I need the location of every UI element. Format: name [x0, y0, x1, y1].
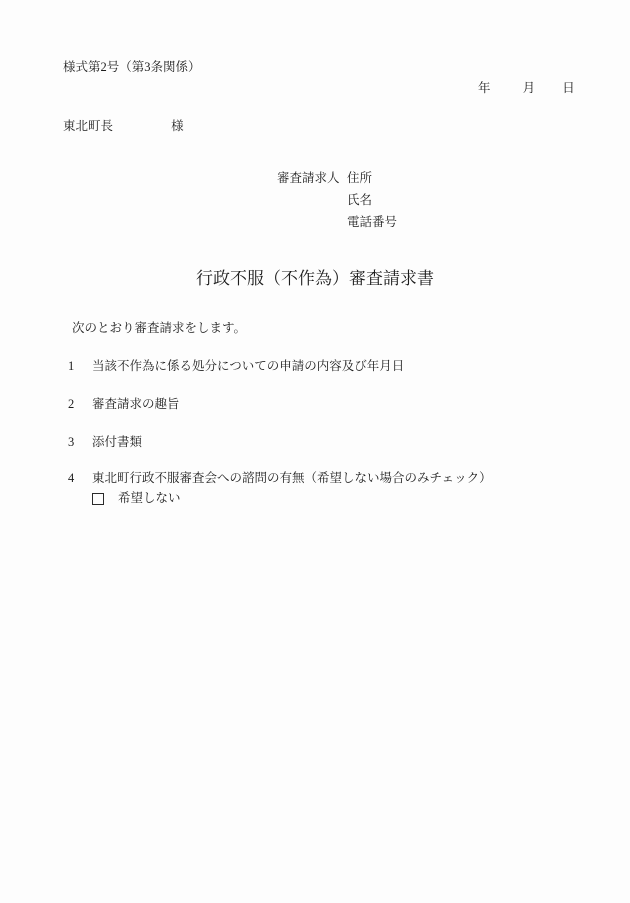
document-title: 行政不服（不作為）審査請求書 — [0, 269, 630, 289]
item-number: 2 — [68, 397, 92, 412]
requester-fields: 住所 氏名 電話番号 — [347, 171, 397, 237]
addressee-line: 東北町長 様 — [63, 119, 184, 134]
item-number: 1 — [68, 359, 92, 374]
requester-label: 審査請求人 — [277, 171, 347, 237]
no-referral-checkbox[interactable] — [92, 493, 104, 505]
date-year-label: 年 — [478, 81, 491, 95]
requester-address-label: 住所 — [347, 171, 397, 193]
item-application-content: 1 当該不作為に係る処分についての申請の内容及び年月日 — [68, 359, 404, 374]
addressee-name: 東北町長 — [63, 119, 113, 133]
item-attached-documents: 3 添付書類 — [68, 435, 142, 450]
requester-phone-label: 電話番号 — [347, 215, 397, 237]
item-text: 添付書類 — [92, 435, 142, 450]
item-referral-to-review-board: 4 東北町行政不服審査会への諮問の有無（希望しない場合のみチェック） — [68, 471, 492, 486]
no-referral-label: 希望しない — [118, 491, 181, 506]
item-text: 審査請求の趣旨 — [92, 397, 180, 412]
requester-name-label: 氏名 — [347, 193, 397, 215]
item-number: 4 — [68, 471, 92, 486]
item-number: 3 — [68, 435, 92, 450]
addressee-honorific: 様 — [171, 119, 184, 134]
item-text: 当該不作為に係る処分についての申請の内容及び年月日 — [92, 359, 404, 374]
item-purpose-of-request: 2 審査請求の趣旨 — [68, 397, 180, 412]
date-month-label: 月 — [523, 81, 536, 96]
intro-sentence: 次のとおり審査請求をします。 — [72, 321, 246, 336]
date-line: 年 月 日 — [478, 81, 575, 96]
item-text: 東北町行政不服審査会への諮問の有無（希望しない場合のみチェック） — [92, 471, 492, 486]
form-number: 様式第2号（第3条関係） — [63, 60, 201, 75]
requester-block: 審査請求人 住所 氏名 電話番号 — [277, 171, 397, 237]
date-day-label: 日 — [562, 81, 575, 96]
no-referral-option: 希望しない — [92, 491, 181, 506]
document-page: 様式第2号（第3条関係） 年 月 日 東北町長 様 審査請求人 住所 氏名 電話… — [0, 0, 630, 903]
